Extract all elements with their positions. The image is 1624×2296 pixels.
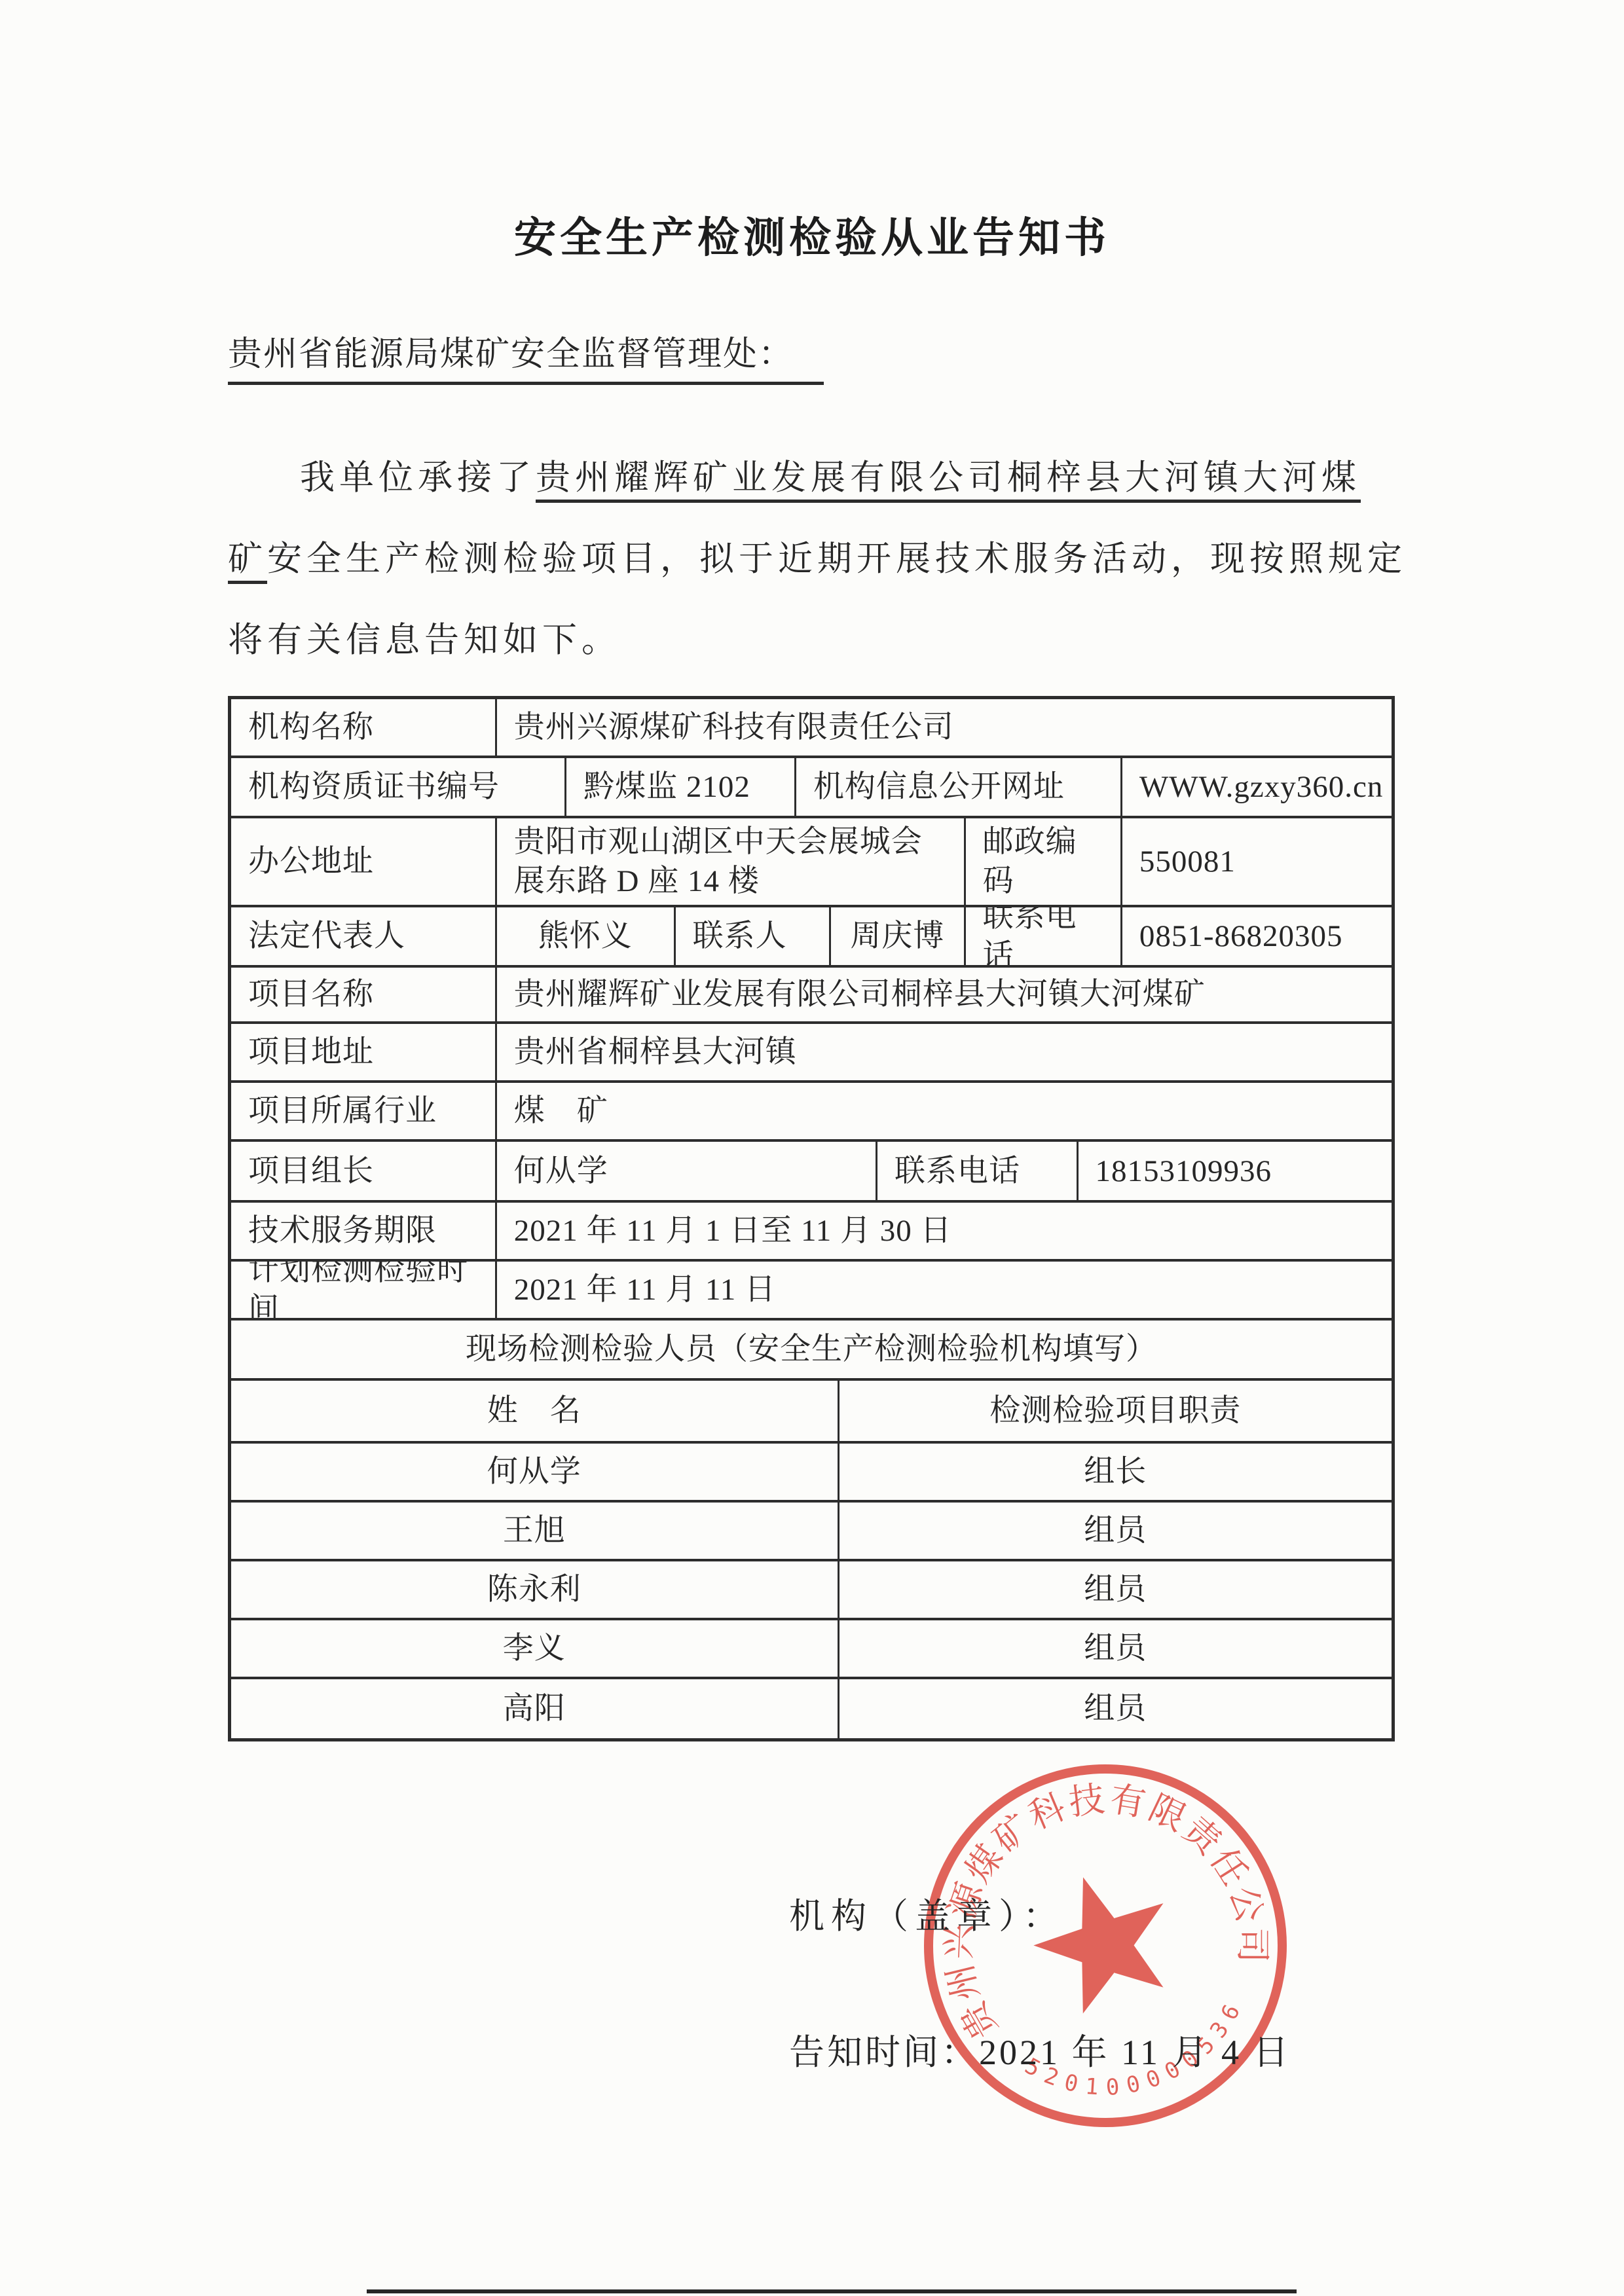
table-cell-value: 组员 (840, 1620, 1392, 1677)
table-cell-value: 煤 矿 (497, 1083, 1392, 1139)
plain-text: 我单位承接了 (300, 459, 536, 497)
salutation: 贵州省能源局煤矿安全监督管理处： (228, 326, 824, 385)
table-cell-value: 陈永利 (231, 1561, 840, 1618)
table-row: 机构名称贵州兴源煤矿科技有限责任公司 (231, 699, 1392, 758)
table-cell-value: 0851-86820305 (1122, 907, 1392, 965)
table-cell-label: 项目地址 (231, 1024, 497, 1080)
salutation-text: 贵州省能源局煤矿安全监督管理处： (228, 326, 824, 385)
underlined-text: 矿 (228, 540, 267, 584)
table-row: 机构资质证书编号黔煤监 2102机构信息公开网址WWW.gzxy360.cn (231, 758, 1392, 818)
plain-text: 安全生产检测检验项目，拟于近期开展技术服务活动，现按照规定 (267, 540, 1407, 578)
plain-text: 将有关信息告知如下。 (228, 621, 621, 659)
table-cell-label: 机构资质证书编号 (231, 758, 566, 816)
table-cell-value: 何从学 (497, 1142, 877, 1200)
table-cell-value: 2021 年 11 月 1 日至 11 月 30 日 (497, 1203, 1392, 1259)
paragraph-line: 我单位承接了贵州耀辉矿业发展有限公司桐梓县大河镇大河煤 (228, 437, 1397, 519)
table-row: 技术服务期限2021 年 11 月 1 日至 11 月 30 日 (231, 1203, 1392, 1262)
table-cell-label: 项目所属行业 (231, 1083, 497, 1139)
scan-artifact-line (367, 2289, 1297, 2293)
table-row: 王旭组员 (231, 1503, 1392, 1561)
table-cell-label: 联系电话 (966, 907, 1122, 965)
table-cell-value: 王旭 (231, 1503, 840, 1559)
table-row: 项目地址贵州省桐梓县大河镇 (231, 1024, 1392, 1083)
table-cell-value: 组长 (840, 1444, 1392, 1500)
table-row: 现场检测检验人员（安全生产检测检验机构填写） (231, 1321, 1392, 1381)
table-cell-value: 熊怀义 (497, 907, 676, 965)
table-row: 李义组员 (231, 1620, 1392, 1679)
table-row: 计划检测检验时间2021 年 11 月 11 日 (231, 1262, 1392, 1321)
paragraph-line: 矿安全生产检测检验项目，拟于近期开展技术服务活动，现按照规定 (228, 519, 1397, 600)
table-cell-label: 项目组长 (231, 1142, 497, 1200)
table-cell-label: 计划检测检验时间 (231, 1262, 497, 1318)
table-cell-value: 18153109936 (1079, 1142, 1392, 1200)
table-row: 何从学组长 (231, 1444, 1392, 1503)
table-cell-value: 高阳 (231, 1679, 840, 1738)
table-cell-value: 检测检验项目职责 (840, 1381, 1392, 1441)
table-cell-label: 机构名称 (231, 699, 497, 756)
table-row: 法定代表人熊怀义联系人周庆博联系电话0851-86820305 (231, 907, 1392, 968)
table-cell-value: 组员 (840, 1561, 1392, 1618)
table-cell-value: 贵州耀辉矿业发展有限公司桐梓县大河镇大河煤矿 (497, 968, 1392, 1021)
table-row: 陈永利组员 (231, 1561, 1392, 1620)
table-cell-value: 何从学 (231, 1444, 840, 1500)
table-row: 项目名称贵州耀辉矿业发展有限公司桐梓县大河镇大河煤矿 (231, 968, 1392, 1024)
document-page: 安全生产检测检验从业告知书 贵州省能源局煤矿安全监督管理处： 我单位承接了贵州耀… (0, 0, 1624, 2296)
body-paragraph: 我单位承接了贵州耀辉矿业发展有限公司桐梓县大河镇大河煤矿安全生产检测检验项目，拟… (228, 437, 1397, 681)
table-cell-value: 贵州兴源煤矿科技有限责任公司 (497, 699, 1392, 756)
table-cell-label: 联系人 (676, 907, 831, 965)
table-cell-label: 项目名称 (231, 968, 497, 1021)
table-cell-value: 组员 (840, 1503, 1392, 1559)
page-title: 安全生产检测检验从业告知书 (0, 204, 1624, 264)
stamp-star-icon (1018, 1856, 1188, 2022)
table-row: 项目组长何从学联系电话18153109936 (231, 1142, 1392, 1203)
info-table: 机构名称贵州兴源煤矿科技有限责任公司机构资质证书编号黔煤监 2102机构信息公开… (228, 696, 1395, 1741)
table-row: 姓 名检测检验项目职责 (231, 1381, 1392, 1444)
notice-date: 告知时间：2021 年 11 月 4 日 (789, 2024, 1291, 2075)
table-cell-value: 550081 (1122, 818, 1392, 905)
table-cell-value: 贵州省桐梓县大河镇 (497, 1024, 1392, 1080)
company-stamp: 贵州兴源煤矿科技有限责任公司 520100000536 (902, 1743, 1308, 2149)
underlined-text: 贵州耀辉矿业发展有限公司桐梓县大河镇大河煤 (536, 459, 1361, 503)
table-cell-value: 李义 (231, 1620, 840, 1677)
table-cell-label: 机构信息公开网址 (796, 758, 1122, 816)
table-cell-label: 技术服务期限 (231, 1203, 497, 1259)
table-cell-label: 办公地址 (231, 818, 497, 905)
table-cell-label: 邮政编码 (966, 818, 1122, 905)
table-cell-value: 周庆博 (831, 907, 966, 965)
seal-caption: 机构（盖章）： (789, 1888, 1065, 1939)
table-row: 项目所属行业煤 矿 (231, 1083, 1392, 1142)
table-cell-label: 法定代表人 (231, 907, 497, 965)
table-row: 办公地址贵阳市观山湖区中天会展城会 展东路 D 座 14 楼邮政编码550081 (231, 818, 1392, 907)
table-cell-value: 现场检测检验人员（安全生产检测检验机构填写） (231, 1321, 1392, 1378)
table-cell-value: 组员 (840, 1679, 1392, 1738)
paragraph-line: 将有关信息告知如下。 (228, 600, 1397, 681)
table-cell-value: 2021 年 11 月 11 日 (497, 1262, 1392, 1318)
table-row: 高阳组员 (231, 1679, 1392, 1738)
table-cell-value: 黔煤监 2102 (566, 758, 796, 816)
table-cell-label: 联系电话 (877, 1142, 1079, 1200)
table-cell-value: 姓 名 (231, 1381, 840, 1441)
table-cell-value: WWW.gzxy360.cn (1122, 758, 1392, 816)
table-cell-value: 贵阳市观山湖区中天会展城会 展东路 D 座 14 楼 (497, 818, 966, 905)
